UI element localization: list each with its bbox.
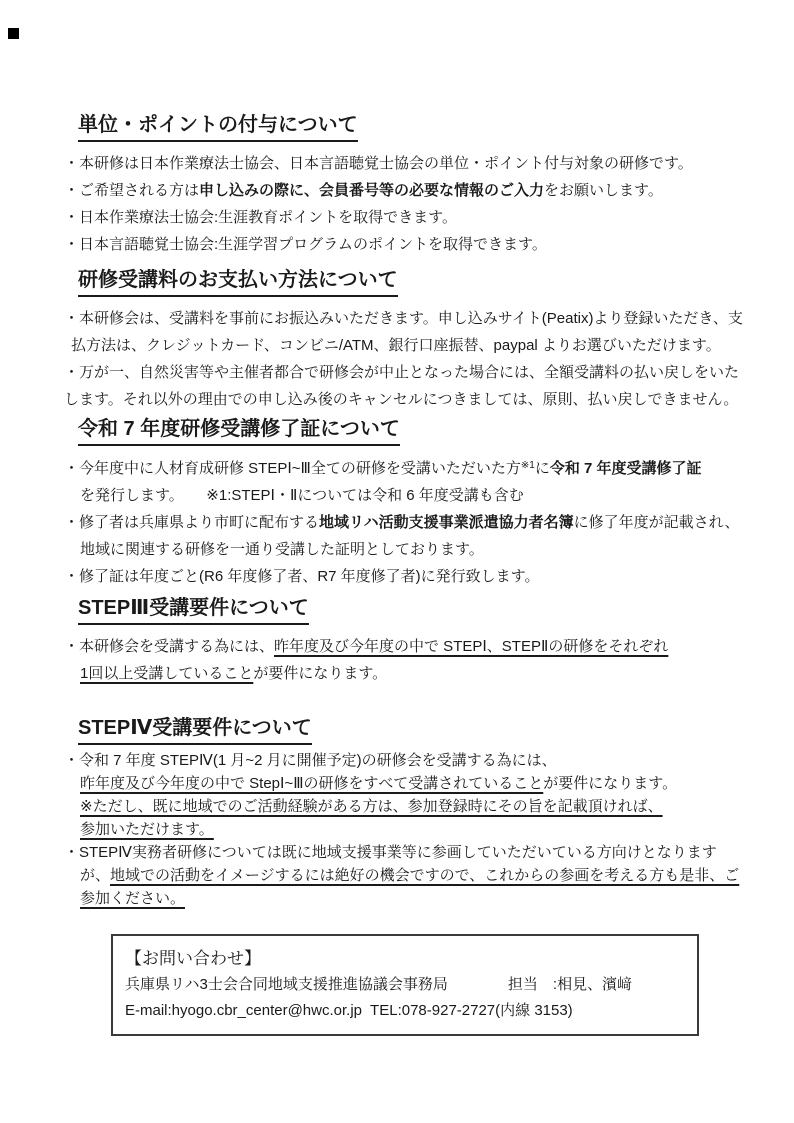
text-segment: が、 [80, 867, 110, 884]
text-segment: ・万が一、自然災害等や主催者都合で研修会が中止となった場合には、全額受講料の払い… [64, 364, 739, 381]
paragraph-line: ・修了者は兵庫県より市町に配布する地域リハ活動支援事業派遣協力者名簿に修了年度が… [64, 509, 750, 536]
text-segment: をお願いします。 [544, 182, 663, 199]
paragraph-line: ・本研修は日本作業療法士協会、日本言語聴覚士協会の単位・ポイント付与対象の研修で… [64, 150, 750, 177]
text-segment: ・本研修会を受講する為には、 [64, 638, 274, 655]
text-segment: に修了年度が記載され、 [574, 514, 740, 531]
section-body: ・本研修会を受講する為には、昨年度及び今年度の中で STEPⅠ、STEPⅡの研修… [64, 633, 750, 687]
paragraph-line: ・ご希望される方は申し込みの際に、会員番号等の必要な情報のご入力をお願いします。 [64, 177, 750, 204]
text-segment: 地域に関連する研修を一通り受講した証明としております。 [80, 541, 484, 558]
text-segment-underlined: 昨年度及び今年度の中で STEPⅠ、STEPⅡの研修をそれぞれ [274, 638, 668, 655]
text-segment: ・修了証は年度ごと(R6 年度修了者、R7 年度修了者)に発行致します。 [64, 568, 539, 585]
section-body: ・本研修会は、受講料を事前にお振込みいただきます。申し込みサイト(Peatix)… [64, 305, 750, 413]
text-segment: ・令和 7 年度 STEPⅣ(1 月~2 月に開催予定)の研修会を受講する為には… [64, 752, 557, 769]
section-heading-payment: 研修受講料のお支払い方法について [78, 267, 750, 297]
corner-mark [8, 28, 19, 39]
paragraph-line: を発行します。 ※1:STEPⅠ・Ⅱについては令和 6 年度受講も含む [80, 482, 750, 509]
paragraph-line: 1回以上受講していることが要件になります。 [80, 660, 750, 687]
text-segment-bold: 令和 7 年度受講修了証 [550, 460, 702, 477]
section-heading-text: 令和 7 年度研修受講修了証について [78, 416, 400, 446]
section-heading-step4-requirements: STEPⅣ受講要件について [78, 715, 750, 745]
text-segment: ・本研修は日本作業療法士協会、日本言語聴覚士協会の単位・ポイント付与対象の研修で… [64, 155, 693, 172]
text-segment: が要件になります。 [253, 665, 387, 682]
section-heading-text: STEPⅢ受講要件について [78, 595, 309, 625]
footnote-marker: ※1 [521, 460, 535, 471]
section-body: ・令和 7 年度 STEPⅣ(1 月~2 月に開催予定)の研修会を受講する為には… [64, 749, 750, 910]
text-segment: ・本研修会は、受講料を事前にお振込みいただきます。申し込みサイト(Peatix)… [64, 310, 743, 327]
text-segment-underlined: 1回以上受講していること [80, 665, 253, 682]
section-heading-units-points: 単位・ポイントの付与について [78, 112, 750, 142]
text-segment: が要件になります。 [543, 775, 677, 792]
paragraph-line: ・日本作業療法士協会:生涯教育ポイントを取得できます。 [64, 204, 750, 231]
text-segment-underlined: 地域での活動をイメージするには絶好の機会ですので、これからの参画を考える方も是非… [110, 867, 739, 884]
text-segment-underlined: ※ただし、既に地域でのご活動経験がある方は、参加登録時にその旨を記載頂ければ、 [80, 798, 663, 815]
text-segment: します。それ以外の理由での申し込み後のキャンセルにつきましては、原則、払い戻しで… [64, 391, 738, 408]
text-segment: ・日本作業療法士協会:生涯教育ポイントを取得できます。 [64, 209, 457, 226]
section-heading-text: 単位・ポイントの付与について [78, 112, 358, 142]
text-segment: を発行します。 ※1:STEPⅠ・Ⅱについては令和 6 年度受講も含む [80, 487, 524, 504]
text-segment: ・日本言語聴覚士協会:生涯学習プログラムのポイントを取得できます。 [64, 236, 547, 253]
text-segment: ・修了者は兵庫県より市町に配布する [64, 514, 319, 531]
contact-email-tel: E-mail:hyogo.cbr_center@hwc.or.jp TEL:07… [125, 998, 687, 1024]
section-heading-step3-requirements: STEPⅢ受講要件について [78, 595, 750, 625]
section-body: ・本研修は日本作業療法士協会、日本言語聴覚士協会の単位・ポイント付与対象の研修で… [64, 150, 750, 258]
text-segment: ・STEPⅣ実務者研修については既に地域支援事業等に参画していただいている方向け… [64, 844, 717, 861]
text-segment-underlined: 参加いただけます。 [80, 821, 214, 838]
paragraph-line: 参加ください。 [80, 887, 750, 910]
paragraph-line: ・令和 7 年度 STEPⅣ(1 月~2 月に開催予定)の研修会を受講する為には… [64, 749, 750, 772]
paragraph-line: 地域に関連する研修を一通り受講した証明としております。 [80, 536, 750, 563]
section-body: ・今年度中に人材育成研修 STEPⅠ~Ⅲ全ての研修を受講いただいた方※1に令和 … [64, 452, 750, 590]
paragraph-line: します。それ以外の理由での申し込み後のキャンセルにつきましては、原則、払い戻しで… [64, 386, 750, 413]
section-heading-text: STEPⅣ受講要件について [78, 715, 312, 745]
paragraph-line: 参加いただけます。 [80, 818, 750, 841]
text-segment: ・ご希望される方は [64, 182, 199, 199]
paragraph-line: ・STEPⅣ実務者研修については既に地域支援事業等に参画していただいている方向け… [64, 841, 750, 864]
contact-organization: 兵庫県リハ3士会合同地域支援推進協議会事務局 担当 :相見、濱﨑 [125, 972, 687, 998]
text-segment: ・今年度中に人材育成研修 STEPⅠ~Ⅲ全ての研修を受講いただいた方 [64, 460, 521, 477]
text-segment: に [535, 460, 550, 477]
paragraph-line: ※ただし、既に地域でのご活動経験がある方は、参加登録時にその旨を記載頂ければ、 [80, 795, 750, 818]
paragraph-line: ・本研修会は、受講料を事前にお振込みいただきます。申し込みサイト(Peatix)… [64, 305, 750, 332]
document-page: 単位・ポイントの付与について ・本研修は日本作業療法士協会、日本言語聴覚士協会の… [0, 0, 794, 1123]
text-segment-underlined: 昨年度及び今年度の中で StepⅠ~Ⅲの研修をすべて受講されていること [80, 775, 543, 792]
paragraph-line: が、地域での活動をイメージするには絶好の機会ですので、これからの参画を考える方も… [80, 864, 750, 887]
paragraph-line: ・本研修会を受講する為には、昨年度及び今年度の中で STEPⅠ、STEPⅡの研修… [64, 633, 750, 660]
text-segment-bold: 地域リハ活動支援事業派遣協力者名簿 [319, 514, 574, 531]
text-segment-bold: 申し込みの際に、会員番号等の必要な情報のご入力 [199, 182, 544, 199]
section-heading-certificate: 令和 7 年度研修受講修了証について [78, 416, 750, 446]
contact-title: 【お問い合わせ】 [125, 946, 687, 972]
text-segment: 払方法は、クレジットカード、コンビニ/ATM、銀行口座振替、paypal よりお… [71, 337, 721, 354]
paragraph-line: 払方法は、クレジットカード、コンビニ/ATM、銀行口座振替、paypal よりお… [71, 332, 750, 359]
paragraph-line: ・万が一、自然災害等や主催者都合で研修会が中止となった場合には、全額受講料の払い… [64, 359, 750, 386]
paragraph-line: ・今年度中に人材育成研修 STEPⅠ~Ⅲ全ての研修を受講いただいた方※1に令和 … [64, 452, 750, 482]
section-heading-text: 研修受講料のお支払い方法について [78, 267, 398, 297]
paragraph-line: 昨年度及び今年度の中で StepⅠ~Ⅲの研修をすべて受講されていることが要件にな… [80, 772, 750, 795]
paragraph-line: ・日本言語聴覚士協会:生涯学習プログラムのポイントを取得できます。 [64, 231, 750, 258]
paragraph-line: ・修了証は年度ごと(R6 年度修了者、R7 年度修了者)に発行致します。 [64, 563, 750, 590]
contact-box: 【お問い合わせ】 兵庫県リハ3士会合同地域支援推進協議会事務局 担当 :相見、濱… [111, 934, 699, 1036]
text-segment-underlined: 参加ください。 [80, 890, 185, 907]
